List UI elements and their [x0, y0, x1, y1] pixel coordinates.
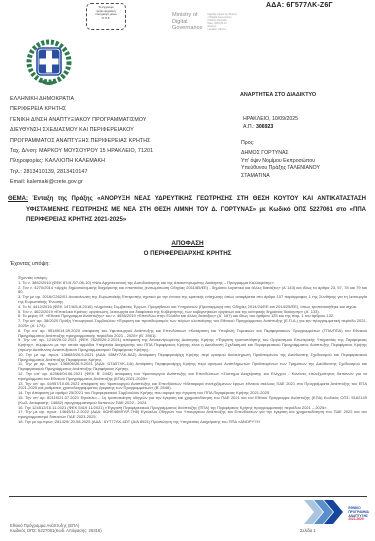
having-regard-label: Έχοντας υπόψη:	[10, 261, 50, 267]
epa-chevrons-icon	[304, 499, 346, 530]
city-date: ΗΡΑΚΛΕΙΟ, 10/09/2025	[243, 116, 298, 122]
reference-item: 18. Την με αρ.πρωτ :281429/ 20.08.2025 (…	[18, 420, 367, 425]
subject-text: Ένταξη της Πράξης «ΑΝΟΡΥΞΗ ΝΕΑΣ ΥΔΡΕΥΤΙΚ…	[26, 196, 366, 223]
epa-program-logo: ΕΘΝΙΚΟΠΡΟΓΡΑΜΜΑΑΝΑΠΤΥΞΗΣ 2021-2025	[304, 499, 369, 530]
decision-title: ΑΠΟΦΑΣΗ	[0, 240, 375, 247]
protocol-number-row: Α.Π.: 306923	[243, 124, 273, 130]
signature-details: Digitally signed by Ministryof Digital G…	[207, 12, 236, 31]
agency-line: Ταχ. Δ/νση: ΜΑΡΚΟΥ ΜΟΥΣΟΥΡΟΥ 15 ΗΡΑΚΛΕΙΟ…	[10, 146, 153, 156]
anartitea-label: ΑΝΑΡΤΗΤΕΑ ΣΤΟ ΔΙΑΔΙΚΤΥΟ	[240, 92, 316, 98]
protocol-number: 306923	[256, 124, 273, 130]
decision-subtitle: Ο ΠΕΡΙΦΕΡΕΙΑΡΧΗΣ ΚΡΗΤΗΣ	[0, 250, 375, 257]
digital-signature-stamp: Το έγγραφοφέρει ψηφιακήυπογραφή μέσωΟ.Π.…	[86, 3, 126, 30]
ministry-name-line: Governance	[172, 25, 202, 32]
agency-line: Email: kalemaki@crete.gov.gr	[10, 177, 153, 187]
agency-line: ΓΕΝΙΚΗ Δ/ΝΣΗ ΑΝΑΠΤΥΞΙΑΚΟΥ ΠΡΟΓΡΑΜΜΑΤΙΣΜΟ…	[10, 115, 153, 125]
protocol-label: Α.Π.:	[243, 124, 255, 130]
ada-number: ΑΔΑ: 6Γ577ΛΚ-Ζ6Γ	[266, 2, 333, 9]
reference-item: 9. Την υπ' αρ. 1218/26.02.2021 (ΦΕΚ 762/…	[18, 338, 367, 352]
recipient-line: ΣΤΑΜΑΤΙΝΑ	[241, 173, 320, 181]
subject-paragraph: ΘΕΜΑ: Ένταξη της Πράξης «ΑΝΟΡΥΞΗ ΝΕΑΣ ΥΔ…	[8, 194, 366, 226]
footer-divider	[9, 496, 367, 497]
agency-line: ΠΡΟΓΡΑΜΜΑΤΟΣ ΑΝΑΠΤΥΞΗΣ ΠΕΡΙΦΕΡΕΙΑΣ ΚΡΗΤΗ…	[10, 136, 153, 146]
ministry-name: Ministry ofDigitalGovernance	[172, 12, 202, 32]
stamp-text-line: Ο.Π.Σ.	[88, 17, 124, 21]
footer-program-info: Εθνικό Πρόγραμμα Ανάπτυξης (ΕΠΑ) Κωδικός…	[10, 523, 102, 534]
to-label: Προς:	[241, 140, 255, 146]
recipient-line: ΔΗΜΟΣ ΓΟΡΤΥΝΑΣ	[241, 150, 320, 158]
agency-header-block: ΕΛΛΗΝΙΚΗ ΔΗΜΟΚΡΑΤΙΑΠΕΡΙΦΕΡΕΙΑ ΚΡΗΤΗΣΓΕΝΙ…	[10, 94, 153, 188]
footer-ops-code: Κωδικός ΟΠΣ: 5227061(Κωδ. Απόφασης: 2631…	[10, 528, 102, 533]
agency-line: ΕΛΛΗΝΙΚΗ ΔΗΜΟΚΡΑΤΙΑ	[10, 94, 153, 104]
agency-line: ΠΕΡΙΦΕΡΕΙΑ ΚΡΗΤΗΣ	[10, 104, 153, 114]
subject-label: ΘΕΜΑ:	[8, 196, 28, 202]
ministry-name-line: Ministry of	[172, 12, 202, 19]
signature-detail-line: Location: Athens	[207, 28, 236, 31]
agency-line: ΔΙΕΥΘΥΝΣΗ ΣΧΕΔΙΑΣΜΟΥ ΚΑΙ ΠΕΡΙΦΕΡΕΙΑΚΟΥ	[10, 125, 153, 135]
legal-references-list: Έχοντας υπόψη: 1. Το ν. 3852/2010 (ΦΕΚ 8…	[18, 276, 367, 494]
epa-logo-text: ΕΘΝΙΚΟΠΡΟΓΡΑΜΜΑΑΝΑΠΤΥΞΗΣ 2021-2025	[348, 507, 369, 523]
agency-line: Τηλ.: 2813410139, 2813410147	[10, 167, 153, 177]
document-page: Το έγγραφοφέρει ψηφιακήυπογραφή μέσωΟ.Π.…	[0, 0, 375, 541]
recipient-line: Υπεύθυνου Πράξης ΓΑΛΕΝΙΑΝΟΥ	[241, 165, 320, 173]
greek-coat-of-arms-icon	[20, 36, 78, 97]
epa-logo-years: 2021-2025	[348, 518, 369, 522]
page-number: Σελίδα 1	[300, 528, 316, 533]
ministry-signature-block: Ministry ofDigitalGovernance Digitally s…	[172, 12, 237, 32]
reference-items: 1. Το ν. 3852/2010 (ΦΕΚ 87/Α΄/07-06-10) …	[18, 281, 367, 425]
agency-line: Πληροφορίες: ΚΑΛΛΙΟΠΗ ΚΑΛΕΜΑΚΗ	[10, 156, 153, 166]
ministry-name-line: Digital	[172, 19, 202, 26]
recipient-block: ΔΗΜΟΣ ΓΟΡΤΥΝΑΣΥπ' όψιν Νομίμου Εκπροσώπο…	[241, 150, 320, 180]
